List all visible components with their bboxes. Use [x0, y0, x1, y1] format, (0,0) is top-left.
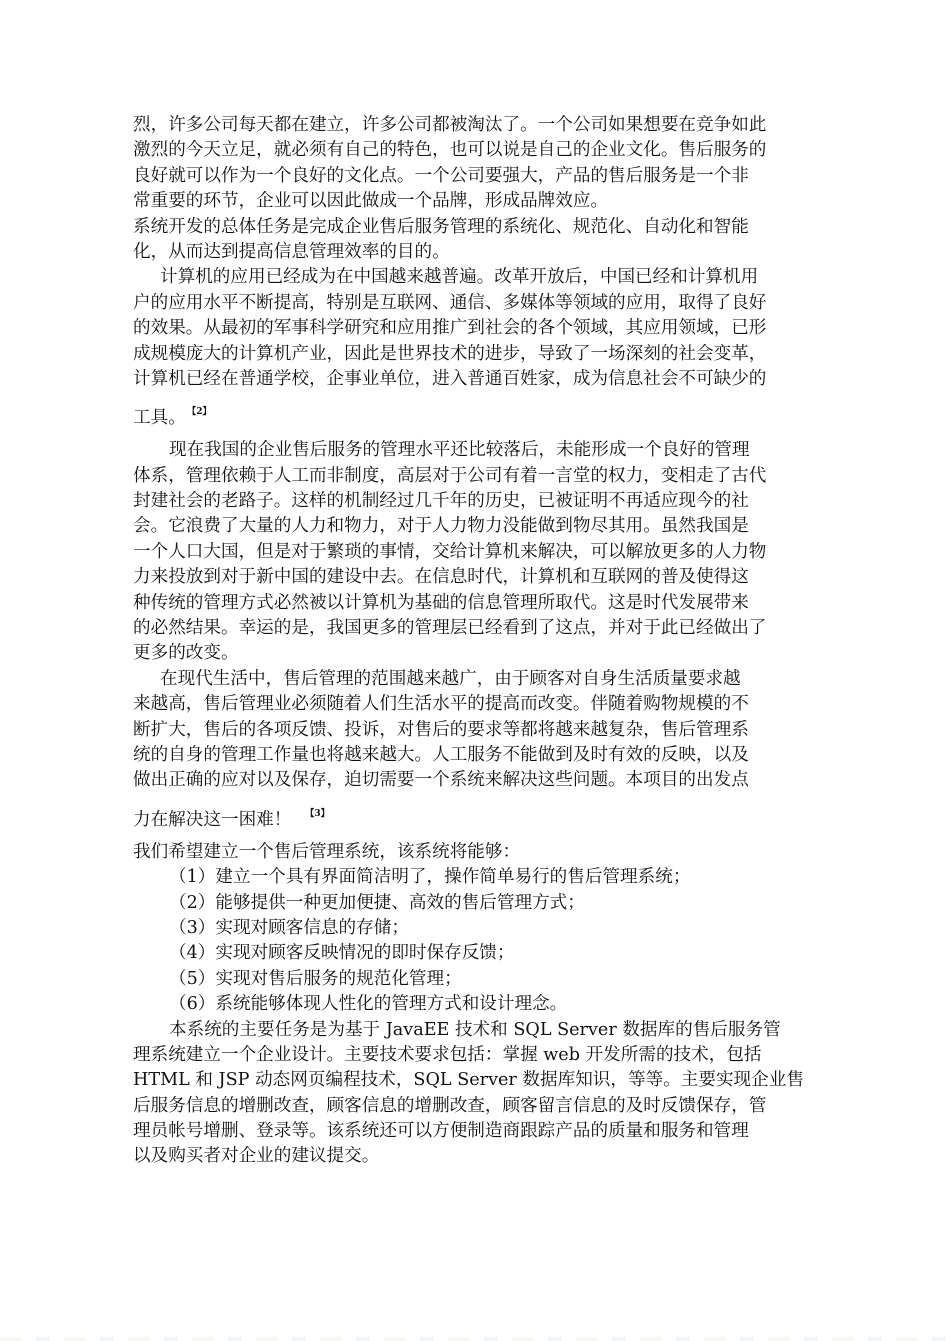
paragraph-system-goal: 系统开发的总体任务是完成企业售后服务管理的系统化、规范化、自动化和智能 化，从而…	[133, 215, 797, 266]
list-item: （4）实现对顾客反映情况的即时保存反馈；	[133, 941, 797, 966]
text-line: 以及购买者对企业的建议提交。	[133, 1144, 797, 1169]
text-line: 理系统建立一个企业设计。主要技术要求包括：掌握 web 开发所需的技术，包括	[133, 1043, 797, 1068]
text-line: 常重要的环节，企业可以因此做成一个品牌，形成品牌效应。	[133, 189, 797, 214]
scan-artifact-strip	[0, 1337, 950, 1341]
text-line: 力在解决这一困难！	[133, 810, 291, 830]
text-line: 化，从而达到提高信息管理效率的目的。	[133, 240, 797, 265]
text-line: 烈，许多公司每天都在建立，许多公司都被淘汰了。一个公司如果想要在竞争如此	[133, 113, 797, 138]
document-page: 烈，许多公司每天都在建立，许多公司都被淘汰了。一个公司如果想要在竞争如此 激烈的…	[133, 113, 797, 1170]
paragraph-current-status: 现在我国的企业售后服务的管理水平还比较落后，未能形成一个良好的管理 体系，管理依…	[133, 438, 797, 667]
text-line-with-citation: 力在解决这一困难！【3】	[133, 794, 797, 830]
text-line: 体系，管理依赖于人工而非制度，高层对于公司有着一言堂的权力，变相走了古代	[133, 464, 797, 489]
text-line: HTML 和 JSP 动态网页编程技术，SQL Server 数据库知识，等等。…	[133, 1068, 797, 1093]
text-line-with-citation: 工具。【2】	[133, 392, 797, 428]
paragraph-company-culture: 烈，许多公司每天都在建立，许多公司都被淘汰了。一个公司如果想要在竞争如此 激烈的…	[133, 113, 797, 215]
paragraph-modern-aftersales: 在现代生活中，售后管理的范围越来越广，由于顾客对自身生活质量要求越 来越高，售后…	[133, 667, 797, 830]
text-line: 成规模庞大的计算机产业，因此是世界技术的进步，导致了一场深刻的社会变革，	[133, 342, 797, 367]
text-line: 种传统的管理方式必然被以计算机为基础的信息管理所取代。这是时代发展带来	[133, 591, 797, 616]
text-line: 的效果。从最初的军事科学研究和应用推广到社会的各个领域，其应用领域，已形	[133, 316, 797, 341]
paragraph-gap	[133, 428, 797, 438]
list-item: （1）建立一个具有界面简洁明了，操作简单易行的售后管理系统；	[133, 865, 797, 890]
text-line: 户的应用水平不断提高，特别是互联网、通信、多媒体等领域的应用，取得了良好	[133, 291, 797, 316]
paragraph-system-goals-list: 我们希望建立一个售后管理系统，该系统将能够： （1）建立一个具有界面简洁明了，操…	[133, 840, 797, 1018]
text-line: 本系统的主要任务是为基于 JavaEE 技术和 SQL Server 数据库的售…	[133, 1018, 797, 1043]
text-line: 一个人口大国，但是对于繁琐的事情，交给计算机来解决，可以解放更多的人力物	[133, 540, 797, 565]
citation-marker: 【3】	[305, 809, 329, 819]
list-intro: 我们希望建立一个售后管理系统，该系统将能够：	[133, 840, 797, 865]
text-line: 封建社会的老路子。这样的机制经过几千年的历史，已被证明不再适应现今的社	[133, 489, 797, 514]
paragraph-gap	[133, 830, 797, 840]
text-line: 激烈的今天立足，就必须有自己的特色，也可以说是自己的企业文化。售后服务的	[133, 138, 797, 163]
text-line: 现在我国的企业售后服务的管理水平还比较落后，未能形成一个良好的管理	[133, 438, 797, 463]
text-line: 更多的改变。	[133, 641, 797, 666]
text-line: 计算机已经在普通学校，企事业单位，进入普通百姓家，成为信息社会不可缺少的	[133, 367, 797, 392]
list-item: （6）系统能够体现人性化的管理方式和设计理念。	[133, 992, 797, 1017]
text-line: 做出正确的应对以及保存，迫切需要一个系统来解决这些问题。本项目的出发点	[133, 768, 797, 793]
text-line: 在现代生活中，售后管理的范围越来越广，由于顾客对自身生活质量要求越	[133, 667, 797, 692]
text-line: 后服务信息的增删改查，顾客信息的增删改查，顾客留言信息的及时反馈保存，管	[133, 1094, 797, 1119]
text-line: 系统开发的总体任务是完成企业售后服务管理的系统化、规范化、自动化和智能	[133, 215, 797, 240]
text-line: 力来投放到对于新中国的建设中去。在信息时代，计算机和互联网的普及使得这	[133, 565, 797, 590]
text-line: 理员帐号增删、登录等。该系统还可以方便制造商跟踪产品的质量和服务和管理	[133, 1119, 797, 1144]
text-line: 工具。	[133, 408, 186, 428]
text-line: 统的自身的管理工作量也将越来越大。人工服务不能做到及时有效的反映，以及	[133, 743, 797, 768]
text-line: 良好就可以作为一个良好的文化点。一个公司要强大，产品的售后服务是一个非	[133, 164, 797, 189]
paragraph-computer-application: 计算机的应用已经成为在中国越来越普遍。改革开放后，中国已经和计算机用 户的应用水…	[133, 265, 797, 428]
text-line: 的必然结果。幸运的是，我国更多的管理层已经看到了这点，并对于此已经做出了	[133, 616, 797, 641]
list-item: （2）能够提供一种更加便捷、高效的售后管理方式；	[133, 891, 797, 916]
text-line: 计算机的应用已经成为在中国越来越普遍。改革开放后，中国已经和计算机用	[133, 265, 797, 290]
text-line: 会。它浪费了大量的人力和物力，对于人力物力没能做到物尽其用。虽然我国是	[133, 514, 797, 539]
text-line: 来越高，售后管理业必须随着人们生活水平的提高而改变。伴随着购物规模的不	[133, 692, 797, 717]
list-item: （5）实现对售后服务的规范化管理；	[133, 967, 797, 992]
text-line: 断扩大，售后的各项反馈、投诉，对售后的要求等都将越来越复杂，售后管理系	[133, 718, 797, 743]
citation-marker: 【2】	[192, 407, 212, 417]
list-item: （3）实现对顾客信息的存储；	[133, 916, 797, 941]
paragraph-main-tasks: 本系统的主要任务是为基于 JavaEE 技术和 SQL Server 数据库的售…	[133, 1018, 797, 1170]
